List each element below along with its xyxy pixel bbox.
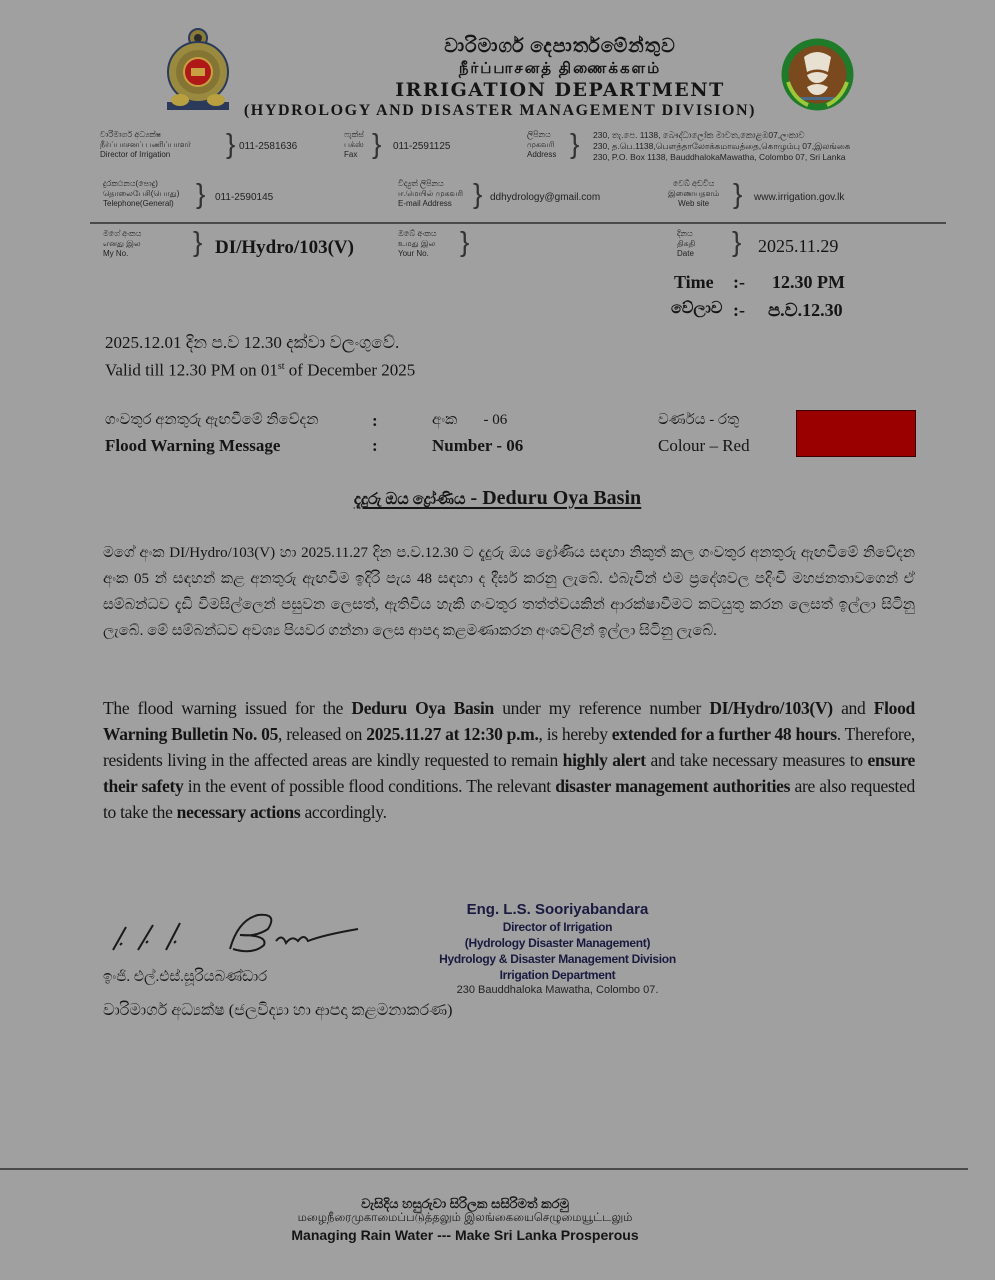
body-text: accordingly. (300, 802, 386, 822)
emphasized-text: DI/Hydro/103(V) (709, 698, 833, 718)
basin-title: දැදුරු ඔය ද්‍රෝණිය - Deduru Oya Basin (0, 487, 995, 510)
brace-icon: } (733, 180, 742, 208)
time-label: Time (674, 272, 714, 293)
warning-colour-swatch (796, 410, 916, 457)
validity-sinhala: 2025.12.01 දින ප.ව 12.30 දක්වා වලංගුවේ. (105, 331, 399, 355)
emphasized-text: disaster management authorities (555, 776, 790, 796)
colon: : (372, 433, 378, 458)
body-text: and (833, 698, 874, 718)
your-no-label: ඔබේ අංකය உமது இல Your No. (398, 229, 437, 259)
website-url[interactable]: www.irrigation.gov.lk (754, 192, 844, 203)
body-text: The flood warning issued for the (103, 698, 351, 718)
emphasized-text: highly alert (563, 750, 646, 770)
irrigation-department-logo-icon (780, 37, 855, 112)
date-label: දිනය திகதி Date (677, 229, 695, 259)
warning-message-label: Flood Warning Message (105, 433, 280, 458)
colon: : (372, 408, 378, 433)
body-text: , is hereby (539, 724, 612, 744)
brace-icon: } (372, 130, 381, 158)
warning-number: Number - 06 (432, 433, 523, 458)
brace-icon: } (473, 180, 482, 208)
brace-icon: } (226, 130, 235, 158)
address-label: ලිපිනය முகவரி Address (527, 130, 556, 160)
header-title-english: IRRIGATION DEPARTMENT (250, 79, 870, 101)
emphasized-text: 2025.11.27 at 12:30 p.m. (366, 724, 538, 744)
header-title-tamil: நீர்ப்பாசனத் திணைக்களம் (250, 60, 870, 79)
footer-slogan: වැසිදිය හසුරුවා සිරිලක සසිරිමත් කරමු மழை… (0, 1196, 930, 1244)
body-paragraph-english: The flood warning issued for the Deduru … (103, 695, 915, 825)
time-value-sinhala: ප.ව.12.30 (768, 300, 843, 321)
colour-sinhala: වර්ණය - රතු (658, 408, 739, 433)
brace-icon: } (570, 130, 579, 158)
fax-number: 011-2591125 (393, 141, 450, 152)
director-label: වාරිමාර්ග අධ්‍යක්ෂ நீர்ப்பாசனப் பணிப்பாள… (100, 130, 191, 160)
body-text: and take necessary measures to (646, 750, 868, 770)
header-division: (HYDROLOGY AND DISASTER MANAGEMENT DIVIS… (200, 102, 800, 120)
director-phone: 011-2581636 (239, 141, 297, 152)
signatory-title-sinhala: වාරිමාර්ග අධ්‍යක්ෂ (ජලවිද්‍යා හා ආපදා කළ… (103, 1002, 452, 1020)
brace-icon: } (196, 180, 205, 208)
header-divider (90, 222, 946, 224)
official-stamp: Eng. L.S. Sooriyabandara Director of Irr… (425, 900, 690, 998)
brace-icon: } (732, 228, 741, 256)
time-value: 12.30 PM (772, 272, 845, 293)
validity-english: Valid till 12.30 PM on 01st of December … (105, 355, 415, 383)
emphasized-text: necessary actions (177, 802, 301, 822)
emphasized-text: extended for a further 48 hours (612, 724, 837, 744)
number-sinhala: අංක - 06 (432, 408, 507, 433)
header-title-sinhala: වාරිමාර්ග දෙපාර්තමේන්තුව (250, 36, 870, 58)
telephone-number: 011-2590145 (215, 192, 273, 203)
body-text: , released on (278, 724, 366, 744)
warning-message-label-sinhala: ගංවතුර අනතුරු ඇඟවීමේ නිවේදන (105, 408, 318, 433)
website-label: වෙබ් අඩවිය இணையதளம் Web site (668, 179, 719, 209)
time-separator: :- (733, 272, 745, 293)
signatory-name-sinhala: ඉංජි. එල්.එස්.සූරියබණ්ඩාර (103, 968, 267, 986)
document-date: 2025.11.29 (758, 236, 838, 257)
footer-divider (0, 1168, 968, 1170)
body-paragraph-sinhala: මගේ අංක DI/Hydro/103(V) හා 2025.11.27 දි… (103, 540, 915, 644)
my-no-label: මගේ අංකය எனது இல My No. (103, 229, 141, 259)
fax-label: ෆැක්ස් பக்ஸ் Fax (344, 130, 364, 160)
brace-icon: } (460, 228, 469, 256)
emphasized-text: Deduru Oya Basin (351, 698, 494, 718)
email-address[interactable]: ddhydrology@gmail.com (490, 192, 600, 203)
body-text: under my reference number (494, 698, 709, 718)
brace-icon: } (193, 228, 202, 256)
telephone-label: දුරකථනය(පොදු) தொலைபேசி(பொது) Telephone(G… (103, 179, 179, 209)
address-lines: 230, තැ.පෙ. 1138, බෞද්ධාලෝක මාවත,කොළඹ07,… (593, 130, 850, 163)
warning-colour: Colour – Red (658, 433, 750, 458)
email-label: විද්‍යුත් ලිපිනය ஈ.மெயில் முகவரி E-mail … (398, 179, 463, 209)
body-text: in the event of possible flood condition… (183, 776, 555, 796)
time-label-sinhala: වේලාව (671, 300, 722, 318)
time-separator: :- (733, 300, 745, 321)
my-reference-number: DI/Hydro/103(V) (215, 237, 354, 259)
signature-icon (108, 905, 368, 965)
